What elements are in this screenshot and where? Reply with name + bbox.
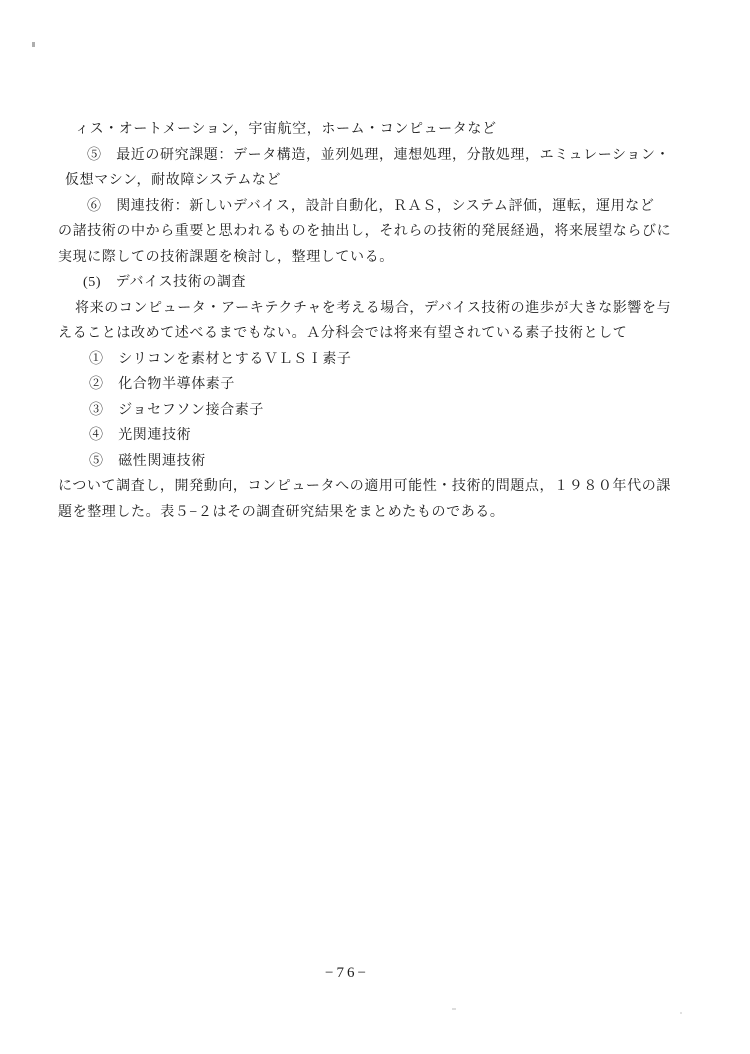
- text-line: えることは改めて述べるまでもない。Ａ分科会では将来有望されている素子技術として: [58, 321, 718, 347]
- scan-speck: [452, 1008, 456, 1010]
- list-item: ③ ジョセフソン接合素子: [89, 398, 718, 424]
- list-item: ② 化合物半導体素子: [89, 372, 718, 398]
- text-line: について調査し，開発動向，コンピュータへの適用可能性・技術的問題点，１９８０年代…: [58, 474, 718, 500]
- text-line: 実現に際しての技術課題を検討し，整理している。: [58, 245, 718, 271]
- text-line: 題を整理した。表５−２はその調査研究結果をまとめたものである。: [58, 500, 718, 526]
- document-body: ィス・オートメーション，宇宙航空，ホーム・コンピュータなど ⑤ 最近の研究課題：…: [58, 117, 718, 525]
- list-item: ④ 光関連技術: [89, 423, 718, 449]
- text-line: ⑤ 最近の研究課題：データ構造，並列処理，連想処理，分散処理，エミュレーション・: [87, 143, 718, 169]
- text-line: ィス・オートメーション，宇宙航空，ホーム・コンピュータなど: [75, 117, 718, 143]
- list-item: ⑤ 磁性関連技術: [89, 449, 718, 475]
- text-line: ⑥ 関連技術：新しいデバイス，設計自動化，ＲＡＳ，システム評価，運転，運用など: [87, 194, 718, 220]
- scan-speck: [32, 42, 35, 47]
- section-heading: (5) デバイス技術の調査: [83, 270, 718, 296]
- page-number: −76−: [325, 965, 369, 982]
- list-item: ① シリコンを素材とするＶＬＳＩ素子: [89, 347, 718, 373]
- text-line: 将来のコンピュータ・アーキテクチャを考える場合，デバイス技術の進歩が大きな影響を…: [75, 296, 718, 322]
- text-line: 仮想マシン，耐故障システムなど: [65, 168, 718, 194]
- scanned-document-page: ィス・オートメーション，宇宙航空，ホーム・コンピュータなど ⑤ 最近の研究課題：…: [0, 0, 750, 1054]
- text-line: の諸技術の中から重要と思われるものを抽出し，それらの技術的発展経過，将来展望なら…: [58, 219, 718, 245]
- scan-speck: [680, 1012, 682, 1014]
